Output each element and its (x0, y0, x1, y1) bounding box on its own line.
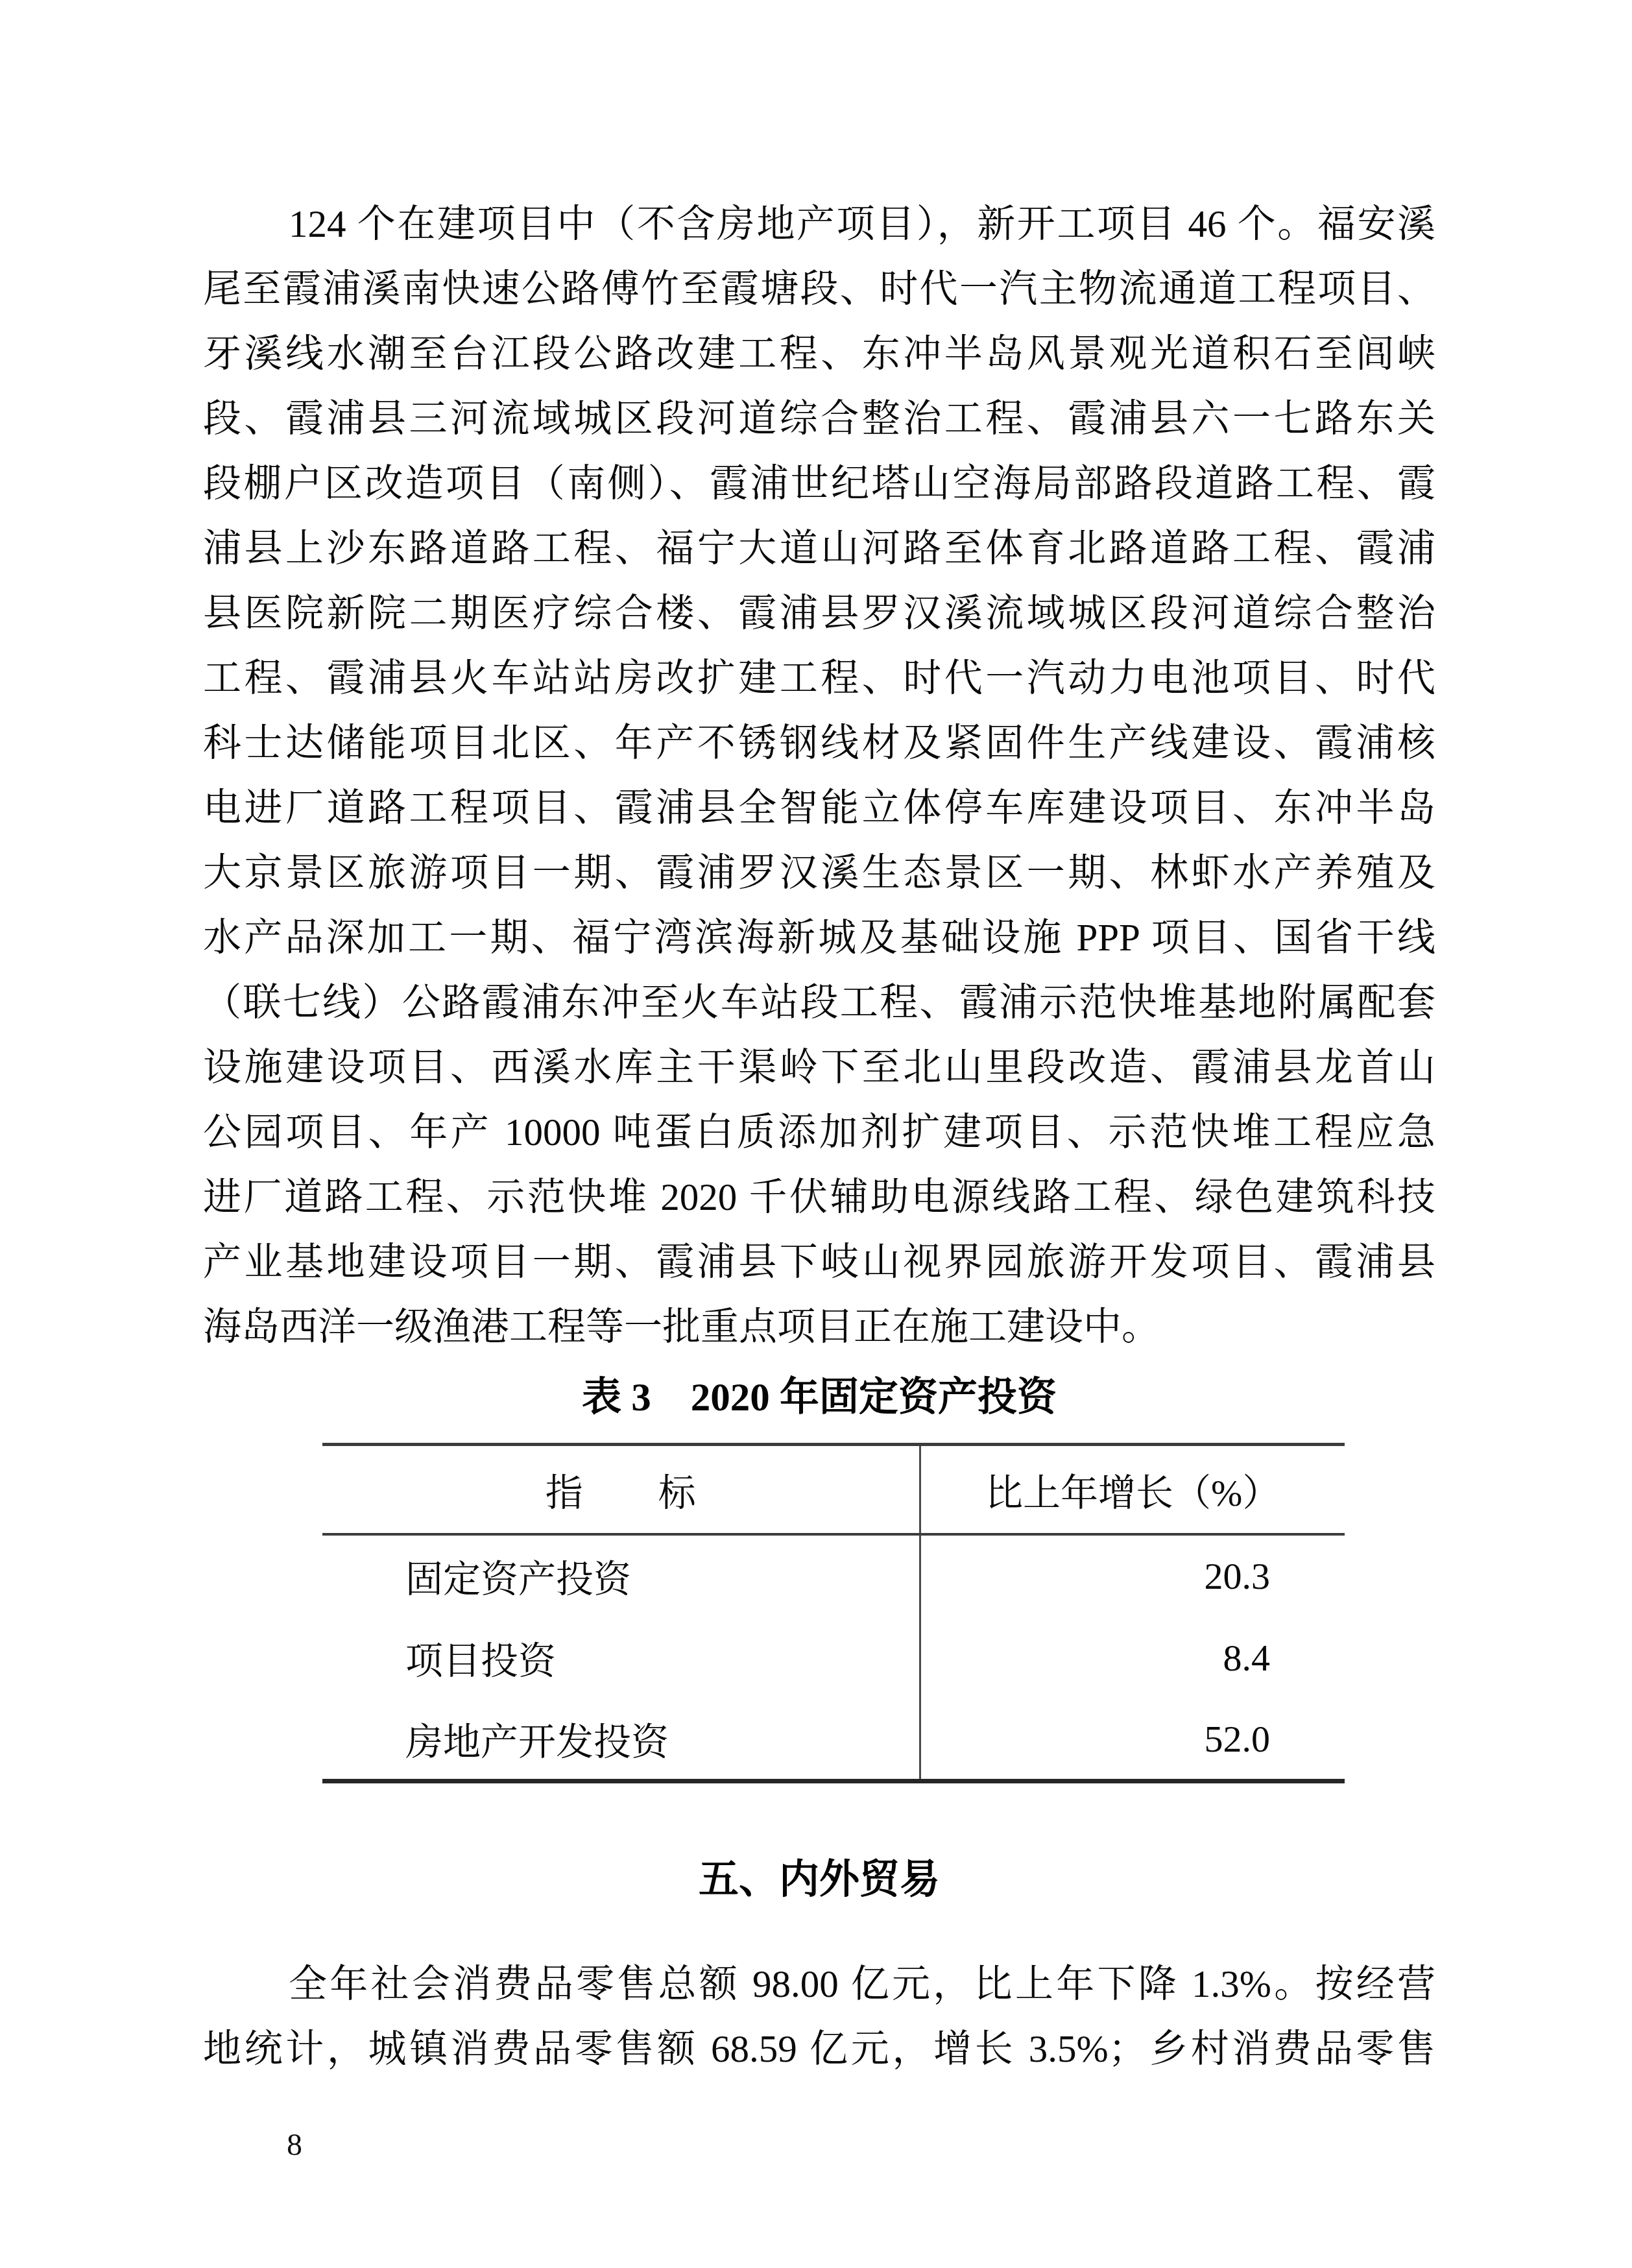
text-line: 地统计，城镇消费品零售额 68.59 亿元，增长 3.5%；乡村消费品零售 (203, 2016, 1435, 2081)
value-cell: 52.0 (920, 1699, 1345, 1781)
fixed-asset-investment-table: 指 标 比上年增长（%） 固定资产投资 20.3 项目投资 8.4 房地产开发投… (322, 1443, 1345, 1783)
table-header-growth: 比上年增长（%） (920, 1445, 1345, 1534)
text-line: 公园项目、年产 10000 吨蛋白质添加剂扩建项目、示范快堆工程应急 (203, 1100, 1435, 1164)
text-line: 牙溪线水潮至台江段公路改建工程、东冲半岛风景观光道积石至闾峡 (203, 321, 1435, 386)
text-line: 浦县上沙东路道路工程、福宁大道山河路至体育北路道路工程、霞浦 (203, 516, 1435, 581)
table-header-row: 指 标 比上年增长（%） (322, 1445, 1345, 1534)
text-line: 124 个在建项目中（不含房地产项目），新开工项目 46 个。福安溪 (203, 191, 1435, 256)
text-line: 工程、霞浦县火车站站房改扩建工程、时代一汽动力电池项目、时代 (203, 645, 1435, 710)
paragraph-retail-sales: 全年社会消费品零售总额 98.00 亿元，比上年下降 1.3%。按经营地统计，城… (203, 1951, 1435, 2081)
text-line: 段棚户区改造项目（南侧）、霞浦世纪塔山空海局部路段道路工程、霞 (203, 451, 1435, 516)
text-line: 进厂道路工程、示范快堆 2020 千伏辅助电源线路工程、绿色建筑科技 (203, 1164, 1435, 1229)
text-line: 海岛西洋一级渔港工程等一批重点项目正在施工建设中。 (203, 1294, 1435, 1359)
text-line: 产业基地建设项目一期、霞浦县下岐山视界园旅游开发项目、霞浦县 (203, 1229, 1435, 1294)
text-line: 全年社会消费品零售总额 98.00 亿元，比上年下降 1.3%。按经营 (203, 1951, 1435, 2016)
table-row: 房地产开发投资 52.0 (322, 1699, 1345, 1781)
table-header-indicator: 指 标 (322, 1445, 920, 1534)
text-line: 设施建设项目、西溪水库主干渠岭下至北山里段改造、霞浦县龙首山 (203, 1035, 1435, 1100)
table-title: 表 3 2020 年固定资产投资 (203, 1366, 1435, 1430)
text-line: 段、霞浦县三河流域城区段河道综合整治工程、霞浦县六一七路东关 (203, 386, 1435, 451)
table-row: 项目投资 8.4 (322, 1617, 1345, 1699)
indicator-cell: 固定资产投资 (322, 1534, 920, 1617)
table-row: 固定资产投资 20.3 (322, 1534, 1345, 1617)
indicator-cell: 项目投资 (322, 1617, 920, 1699)
paragraph-construction-projects: 124 个在建项目中（不含房地产项目），新开工项目 46 个。福安溪尾至霞浦溪南… (203, 191, 1435, 1359)
document-page: 124 个在建项目中（不含房地产项目），新开工项目 46 个。福安溪尾至霞浦溪南… (0, 0, 1632, 2268)
text-line: 大京景区旅游项目一期、霞浦罗汉溪生态景区一期、林虾水产养殖及 (203, 840, 1435, 905)
text-line: 尾至霞浦溪南快速公路傅竹至霞塘段、时代一汽主物流通道工程项目、 (203, 256, 1435, 321)
indicator-cell: 房地产开发投资 (322, 1699, 920, 1781)
text-line: （联七线）公路霞浦东冲至火车站段工程、霞浦示范快堆基地附属配套 (203, 970, 1435, 1035)
text-line: 县医院新院二期医疗综合楼、霞浦县罗汉溪流域城区段河道综合整治 (203, 581, 1435, 645)
text-line: 水产品深加工一期、福宁湾滨海新城及基础设施 PPP 项目、国省干线 (203, 905, 1435, 970)
text-line: 电进厂道路工程项目、霞浦县全智能立体停车库建设项目、东冲半岛 (203, 775, 1435, 840)
text-line: 科士达储能项目北区、年产不锈钢线材及紧固件生产线建设、霞浦核 (203, 710, 1435, 775)
value-cell: 8.4 (920, 1617, 1345, 1699)
page-number: 8 (287, 2123, 302, 2168)
value-cell: 20.3 (920, 1534, 1345, 1617)
section-heading-trade: 五、内外贸易 (203, 1848, 1435, 1912)
